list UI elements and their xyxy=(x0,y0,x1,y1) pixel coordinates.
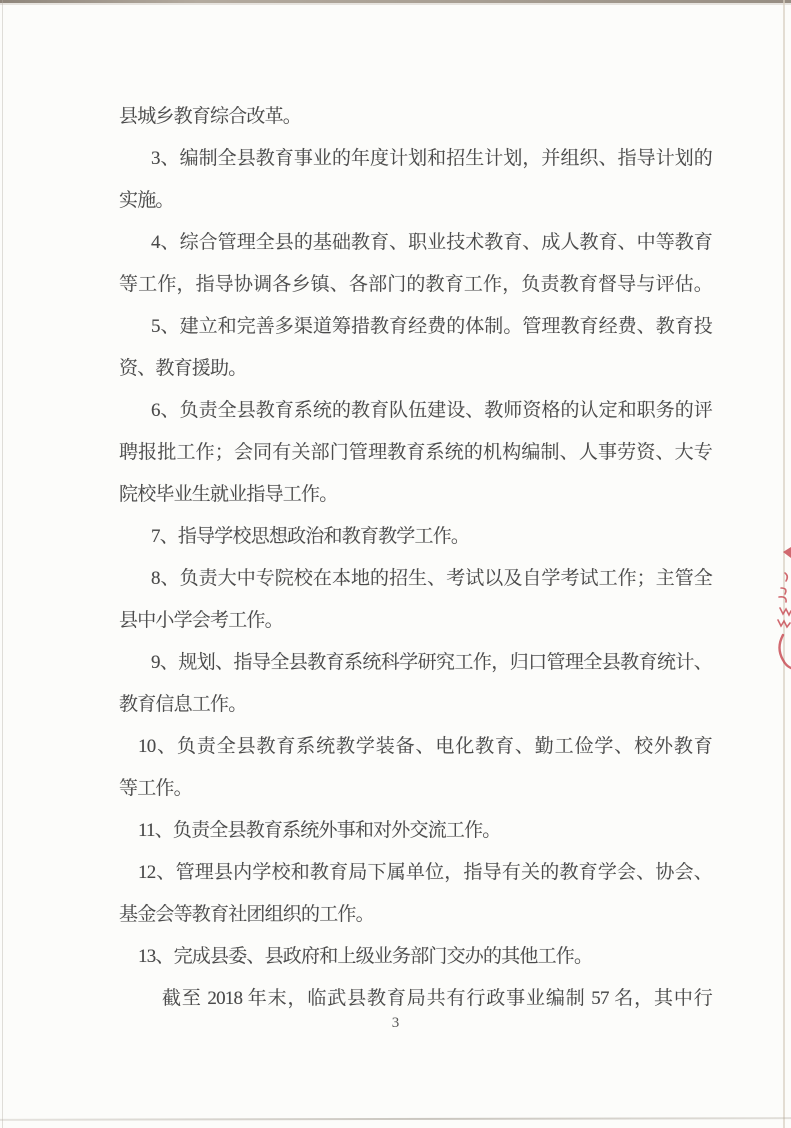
scan-edge-left xyxy=(2,0,3,1128)
text-line: 6、负责全县教育系统的教育队伍建设、教师资格的认定和职务的评 xyxy=(119,390,712,432)
text-line: 11、负责全县教育系统外事和对外交流工作。 xyxy=(119,810,712,852)
text-line: 10、负责全县教育系统教学装备、电化教育、勤工俭学、校外教育 xyxy=(119,726,712,768)
red-seal-fragment-icon xyxy=(769,545,791,675)
text-line: 4、综合管理全县的基础教育、职业技术教育、成人教育、中等教育 xyxy=(119,222,712,264)
scan-edge-bottom xyxy=(0,1117,791,1121)
scanned-document-page: 县城乡教育综合改革。 3、编制全县教育事业的年度计划和招生计划，并组织、指导计划… xyxy=(0,0,791,1128)
text-line: 7、指导学校思想政治和教育教学工作。 xyxy=(119,516,712,558)
text-line: 8、负责大中专院校在本地的招生、考试以及自学考试工作；主管全 xyxy=(119,558,712,600)
text-line: 资、教育援助。 xyxy=(119,348,712,390)
text-line: 院校毕业生就业指导工作。 xyxy=(119,474,712,516)
page-number: 3 xyxy=(0,1012,791,1034)
text-line: 13、完成县委、县政府和上级业务部门交办的其他工作。 xyxy=(119,936,712,978)
text-line: 实施。 xyxy=(119,180,712,222)
text-line: 等工作。 xyxy=(119,768,712,810)
text-line: 3、编制全县教育事业的年度计划和招生计划，并组织、指导计划的 xyxy=(119,138,712,180)
text-line: 等工作，指导协调各乡镇、各部门的教育工作，负责教育督导与评估。 xyxy=(119,264,712,306)
text-line: 5、建立和完善多渠道筹措教育经费的体制。管理教育经费、教育投 xyxy=(119,306,712,348)
scan-edge-right xyxy=(783,0,785,1128)
text-line: 县城乡教育综合改革。 xyxy=(119,96,712,138)
text-line: 教育信息工作。 xyxy=(119,684,712,726)
text-line: 9、规划、指导全县教育系统科学研究工作，归口管理全县教育统计、 xyxy=(119,642,712,684)
text-line: 县中小学会考工作。 xyxy=(119,600,712,642)
text-line: 基金会等教育社团组织的工作。 xyxy=(119,894,712,936)
text-line: 12、管理县内学校和教育局下属单位，指导有关的教育学会、协会、 xyxy=(119,852,712,894)
text-line: 聘报批工作；会同有关部门管理教育系统的机构编制、人事劳资、大专 xyxy=(119,432,712,474)
scan-edge-top-shadow xyxy=(0,3,791,5)
document-body: 县城乡教育综合改革。 3、编制全县教育事业的年度计划和招生计划，并组织、指导计划… xyxy=(119,96,712,1020)
scan-edge-top xyxy=(0,0,791,3)
